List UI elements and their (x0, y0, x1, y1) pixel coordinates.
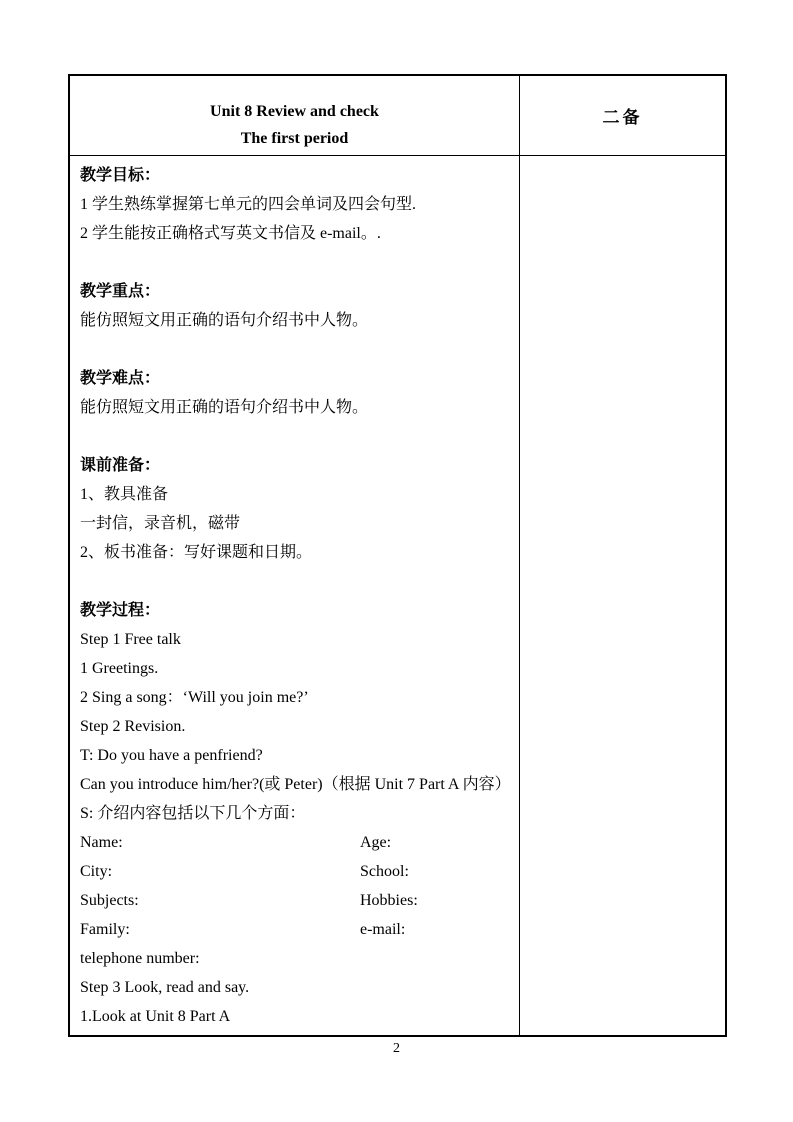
preparation-item-1: 1、教具准备 (80, 480, 509, 509)
field-row-name-age: Name: Age: (80, 828, 509, 857)
page-number: 2 (0, 1041, 793, 1057)
field-label-school: School: (360, 857, 409, 886)
period-title: The first period (70, 125, 519, 152)
secondary-prep-label: 二备 (603, 103, 643, 128)
goals-item-1: 1 学生熟练掌握第七单元的四会单词及四会句型. (80, 190, 509, 219)
field-label-age: Age: (360, 828, 391, 857)
lesson-title-cell: Unit 8 Review and check The first period (70, 76, 520, 156)
unit-title: Unit 8 Review and check (70, 98, 519, 125)
lesson-plan-table: Unit 8 Review and check The first period… (68, 74, 727, 1037)
process-step-1: Step 1 Free talk (80, 625, 509, 654)
lesson-content: 教学目标： 1 学生熟练掌握第七单元的四会单词及四会句型. 2 学生能按正确格式… (70, 156, 519, 1031)
focus-heading: 教学重点： (80, 277, 509, 306)
goals-heading: 教学目标： (80, 161, 509, 190)
field-label-telephone: telephone number: (80, 944, 509, 973)
goals-item-2: 2 学生能按正确格式写英文书信及 e-mail。. (80, 219, 509, 248)
secondary-prep-header-cell: 二备 (520, 76, 725, 156)
difficulty-heading: 教学难点： (80, 364, 509, 393)
process-heading: 教学过程： (80, 596, 509, 625)
preparation-item-3: 2、板书准备：写好课题和日期。 (80, 538, 509, 567)
field-label-city: City: (80, 857, 360, 886)
lesson-content-cell: 教学目标： 1 学生熟练掌握第七单元的四会单词及四会句型. 2 学生能按正确格式… (70, 156, 520, 1035)
preparation-heading: 课前准备： (80, 451, 509, 480)
process-step-3: Step 3 Look, read and say. (80, 973, 509, 1002)
student-note: S: 介绍内容包括以下几个方面： (80, 799, 509, 828)
blank-line (80, 567, 509, 596)
focus-text: 能仿照短文用正确的语句介绍书中人物。 (80, 306, 509, 335)
look-task: 1.Look at Unit 8 Part A (80, 1002, 509, 1031)
difficulty-text: 能仿照短文用正确的语句介绍书中人物。 (80, 393, 509, 422)
field-row-city-school: City: School: (80, 857, 509, 886)
document-page: Unit 8 Review and check The first period… (0, 0, 793, 1122)
field-label-family: Family: (80, 915, 360, 944)
field-label-hobbies: Hobbies: (360, 886, 418, 915)
secondary-prep-notes-cell (520, 156, 725, 1035)
introduce-question: Can you introduce him/her?(或 Peter)（根据 U… (80, 770, 509, 799)
blank-line (80, 335, 509, 364)
teacher-question: T: Do you have a penfriend? (80, 741, 509, 770)
field-row-subjects-hobbies: Subjects: Hobbies: (80, 886, 509, 915)
process-step-2: Step 2 Revision. (80, 712, 509, 741)
field-label-subjects: Subjects: (80, 886, 360, 915)
blank-line (80, 248, 509, 277)
preparation-item-2: 一封信，录音机，磁带 (80, 509, 509, 538)
process-song: 2 Sing a song：‘Will you join me?’ (80, 683, 509, 712)
field-row-family-email: Family: e-mail: (80, 915, 509, 944)
field-label-name: Name: (80, 828, 360, 857)
field-label-email: e-mail: (360, 915, 405, 944)
blank-line (80, 422, 509, 451)
process-greetings: 1 Greetings. (80, 654, 509, 683)
